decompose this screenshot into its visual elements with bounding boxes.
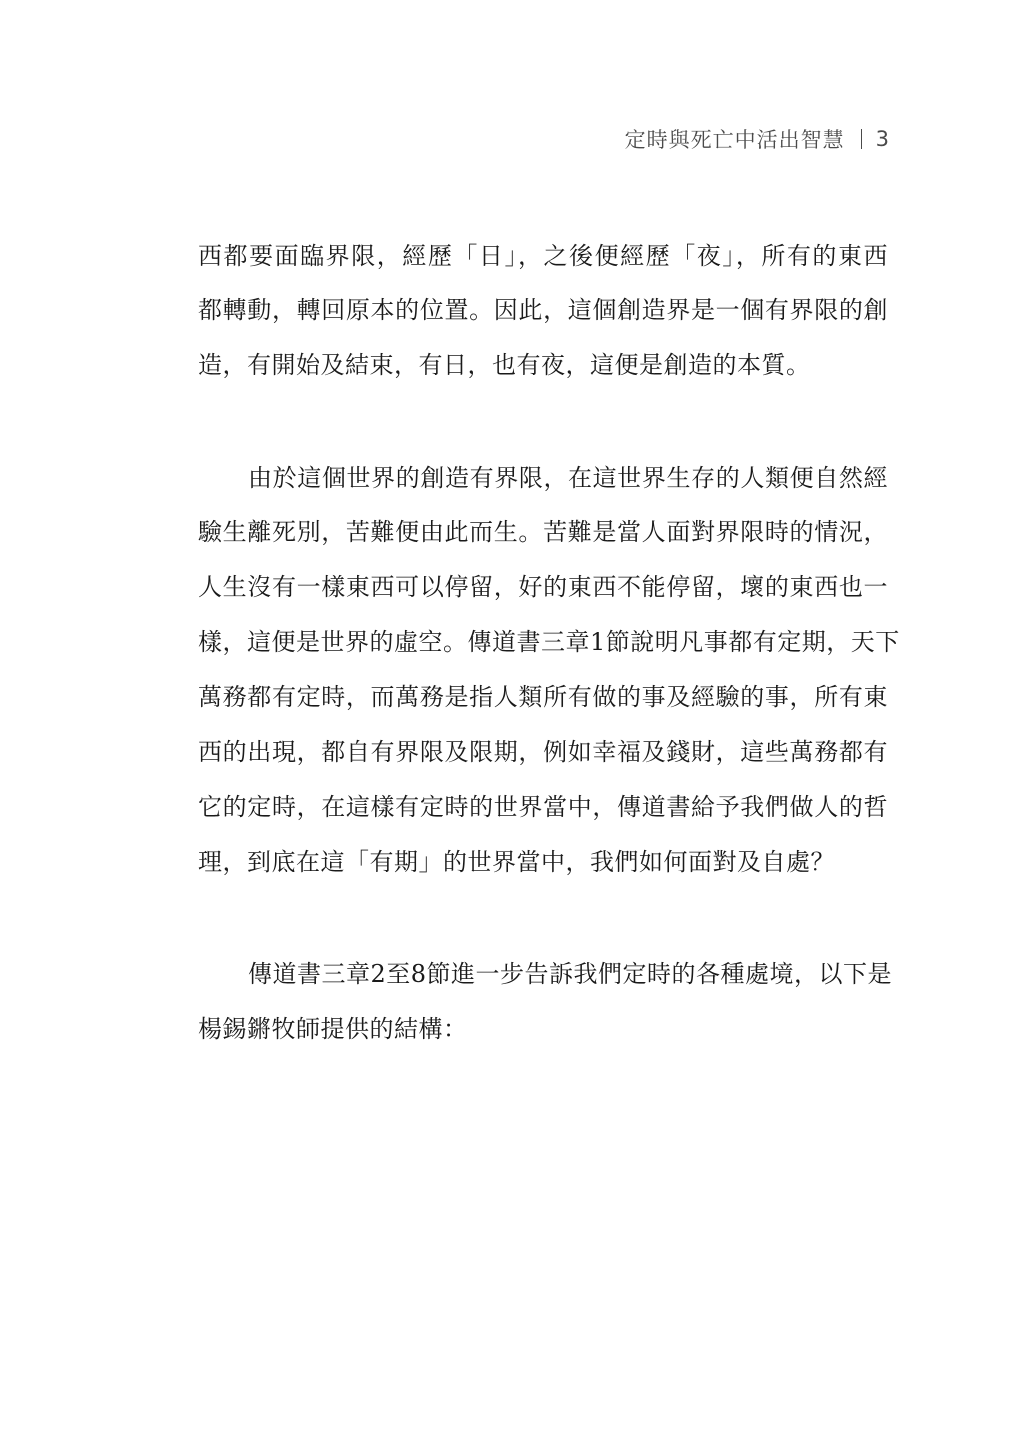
text-line: 都轉動，轉回原本的位置。因此，這個創造界是一個有界限的創	[198, 295, 888, 325]
running-header: 定時與死亡中活出智慧 3	[625, 124, 890, 154]
page-number: 3	[876, 127, 890, 151]
book-title: 定時與死亡中活出智慧	[625, 124, 845, 154]
text-line: 西的出現，都自有界限及限期，例如幸福及錢財，這些萬務都有	[198, 737, 888, 767]
text-line: 驗生離死別，苦難便由此而生。苦難是當人面對界限時的情況，	[198, 517, 888, 547]
text-line: 萬務都有定時，而萬務是指人類所有做的事及經驗的事，所有東	[198, 682, 888, 712]
text-line: 它的定時，在這樣有定時的世界當中，傳道書給予我們做人的哲	[198, 792, 888, 822]
text-line: 傳道書三章2至8節進一步告訴我們定時的各種處境，以下是	[248, 959, 888, 989]
text-line: 楊錫鏘牧師提供的結構：	[198, 1014, 888, 1044]
text-line: 樣，這便是世界的虛空。傳道書三章1節說明凡事都有定期，天下	[198, 627, 888, 657]
header-divider	[861, 129, 862, 149]
text-line: 造，有開始及結束，有日，也有夜，這便是創造的本質。	[198, 350, 888, 380]
text-line: 由於這個世界的創造有界限，在這世界生存的人類便自然經	[248, 463, 888, 493]
text-line: 人生沒有一樣東西可以停留，好的東西不能停留，壞的東西也一	[198, 572, 888, 602]
text-line: 西都要面臨界限，經歷「日」，之後便經歷「夜」，所有的東西	[198, 241, 888, 271]
text-line: 理，到底在這「有期」的世界當中，我們如何面對及自處？	[198, 847, 888, 877]
